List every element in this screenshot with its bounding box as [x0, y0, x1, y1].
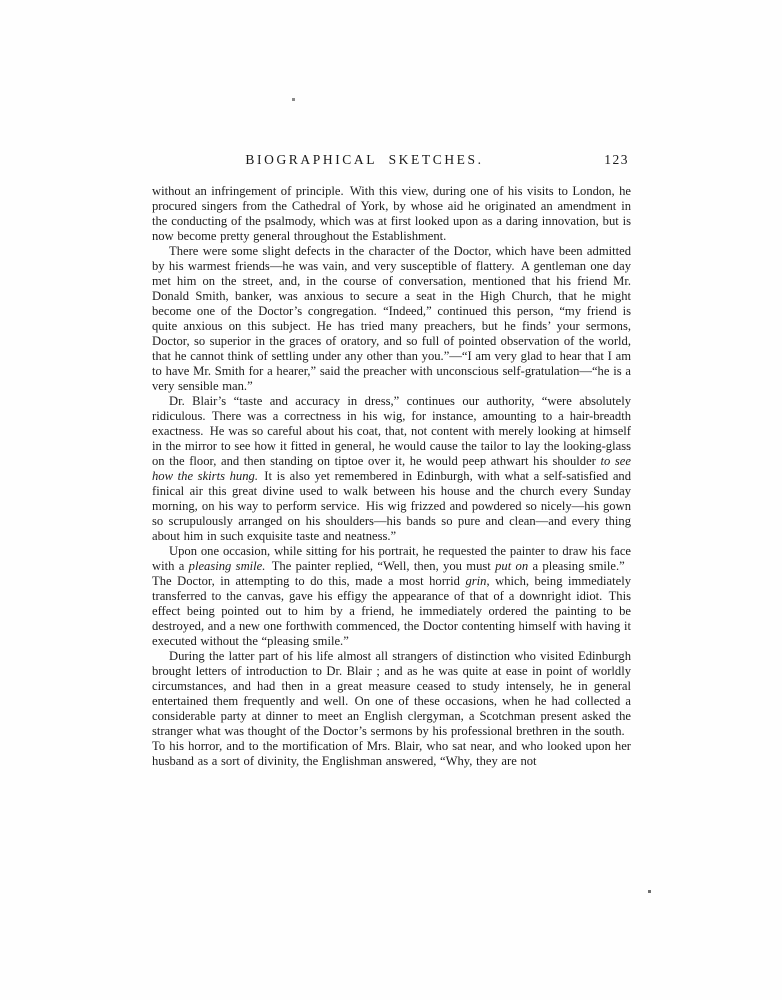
- paragraph: During the latter part of his life almos…: [152, 649, 631, 769]
- running-title: BIOGRAPHICAL SKETCHES.: [245, 152, 483, 168]
- page-header: BIOGRAPHICAL SKETCHES. 123: [152, 152, 631, 170]
- book-page: BIOGRAPHICAL SKETCHES. 123 without an in…: [0, 0, 782, 1000]
- text-block: without an infringement of principle. Wi…: [152, 184, 631, 769]
- scan-speck: [292, 98, 295, 101]
- paragraph: Dr. Blair’s “taste and accuracy in dress…: [152, 394, 631, 544]
- scan-speck: [648, 890, 651, 893]
- paragraph: without an infringement of principle. Wi…: [152, 184, 631, 244]
- page-number: 123: [604, 152, 629, 168]
- paragraph: There were some slight defects in the ch…: [152, 244, 631, 394]
- paragraph: Upon one occasion, while sitting for his…: [152, 544, 631, 649]
